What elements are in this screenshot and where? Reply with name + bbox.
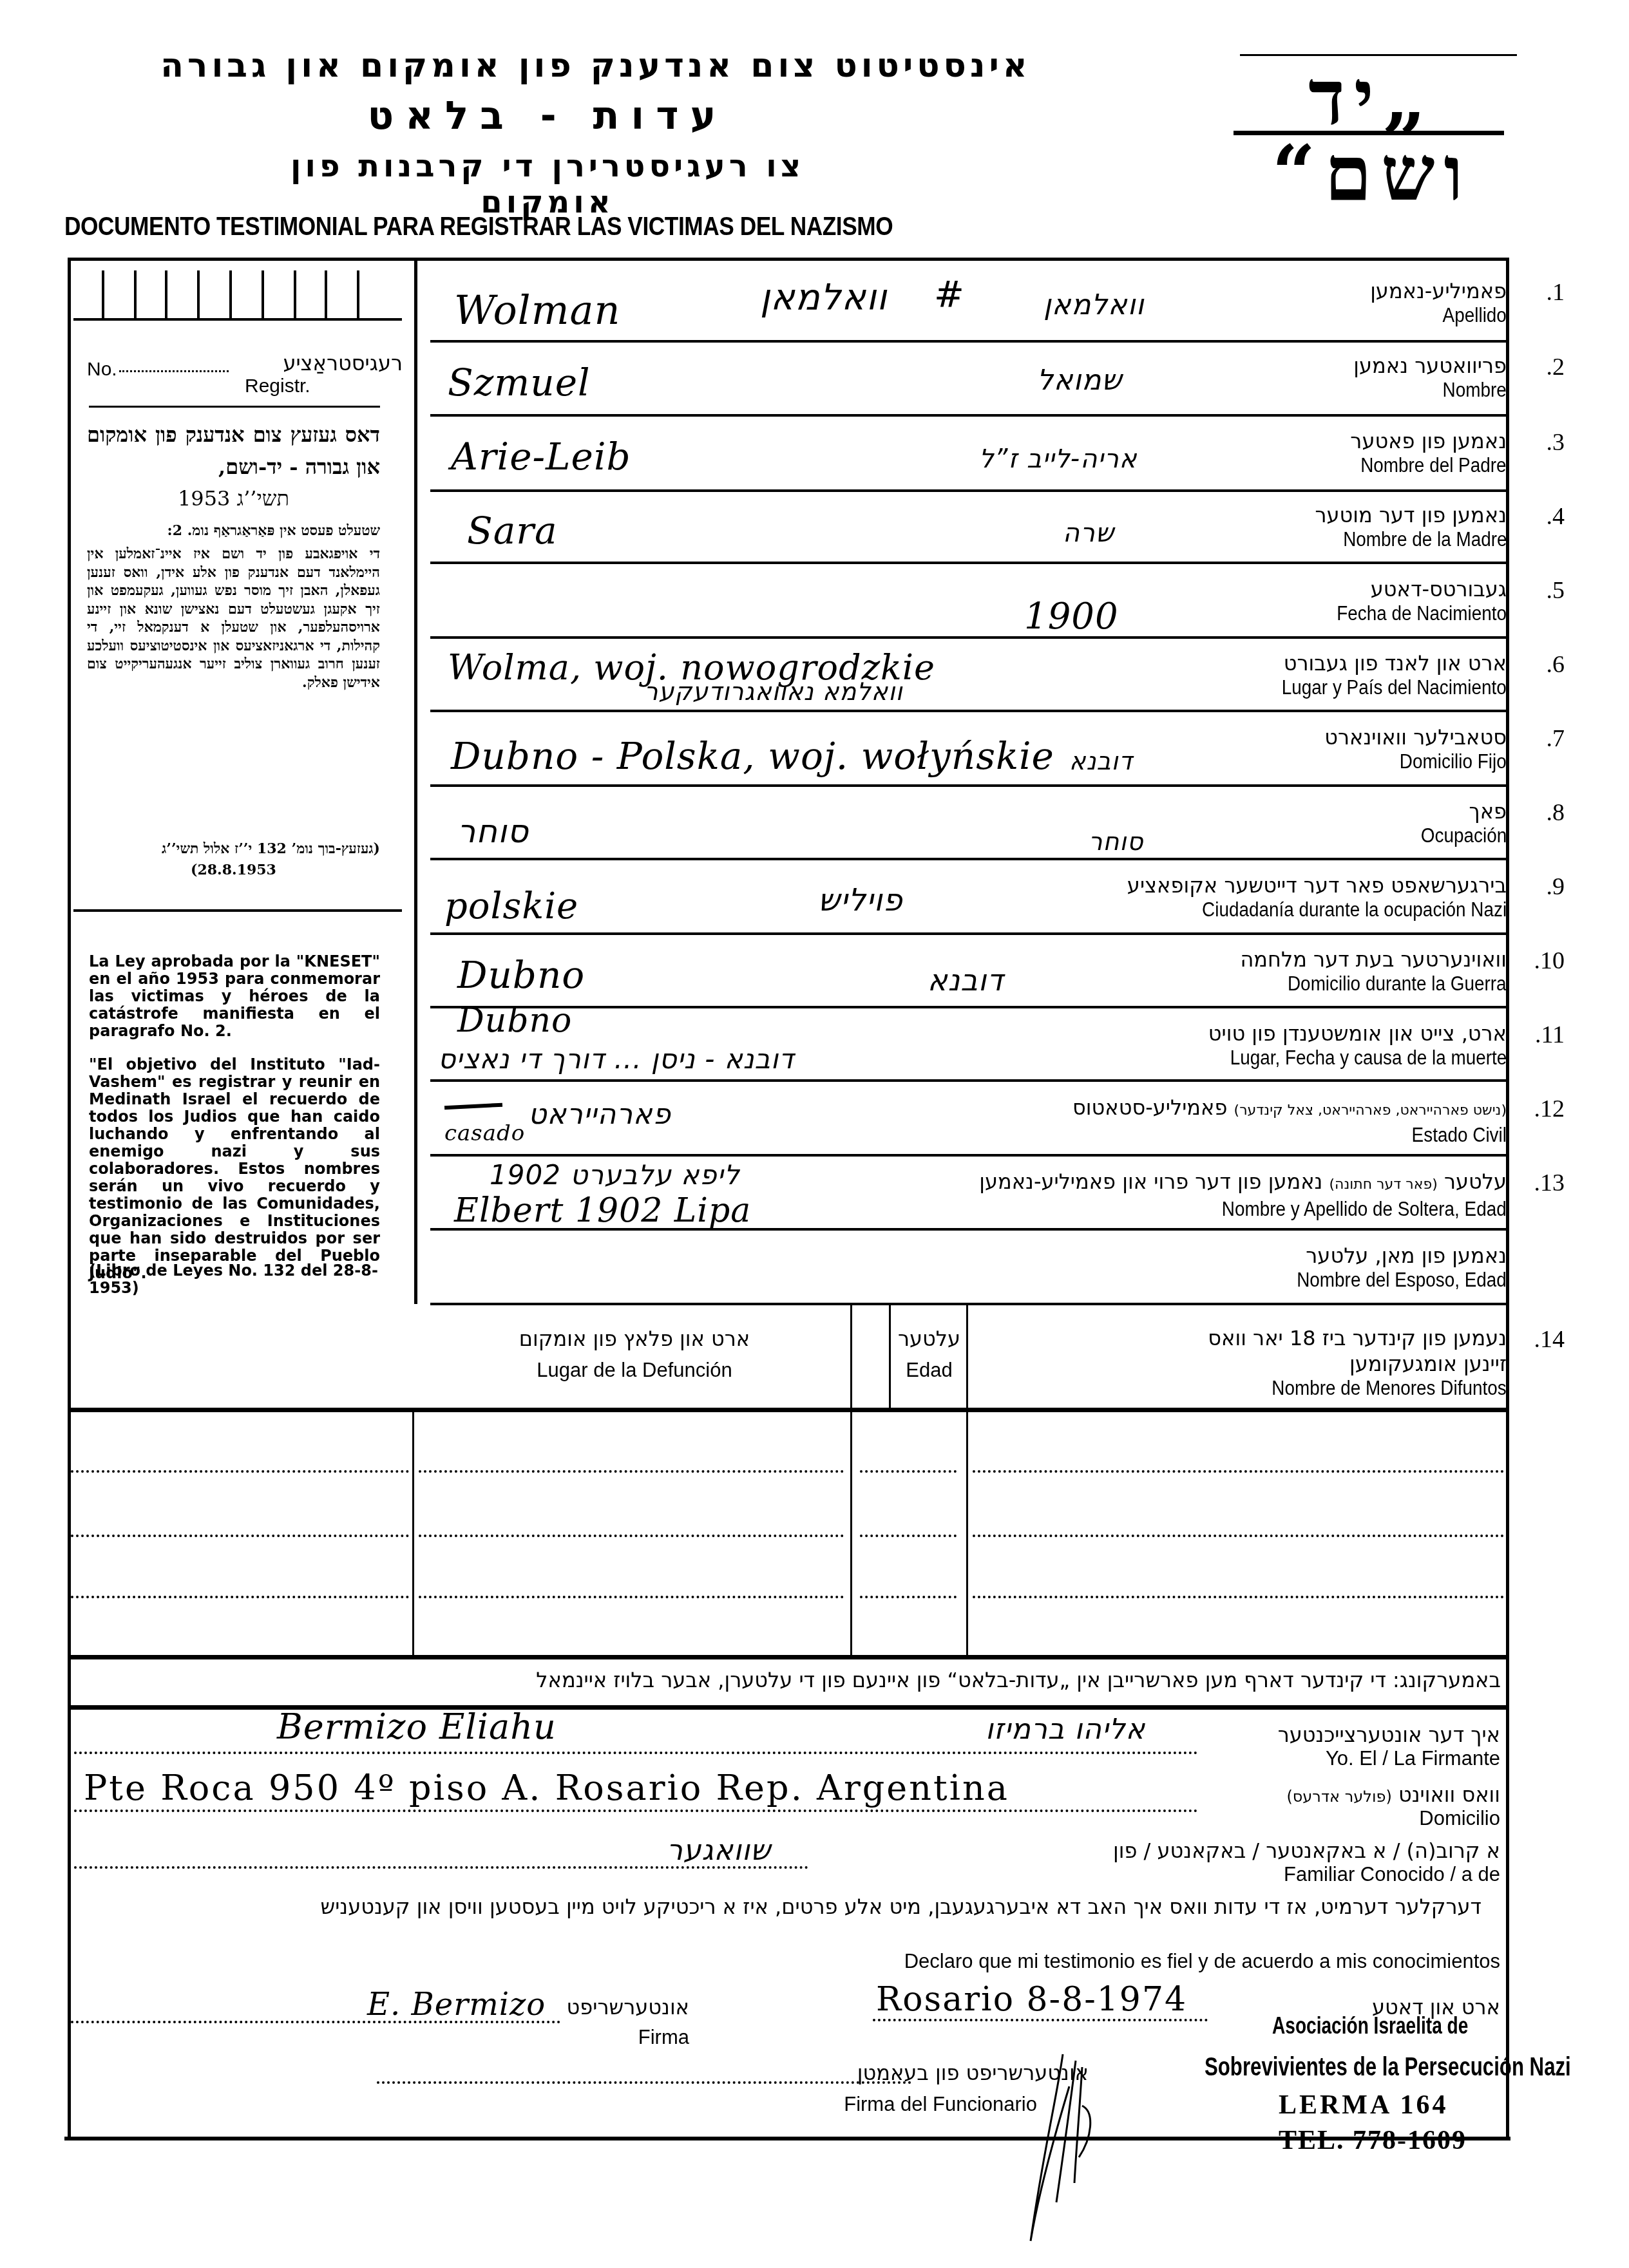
reg-box-divider [229,270,232,319]
registration-label-es: Registr. [245,375,310,397]
stamp-phone: TEL. 778-1609 [1279,2125,1467,2156]
official-signature-scrawl [1018,2048,1121,2254]
row-rule [430,710,1507,712]
field-label-nombre-padre: נאמען פון פאטער Nombre del Padre [1344,428,1507,477]
field-label-causa-muerte: ארט, צייט און אומשטענדן פון טויט Lugar, … [1199,1021,1507,1070]
field-label-es: Ciudadanía durante la ocupación Nazi [1165,898,1507,921]
frame-top [68,258,1509,261]
field-label-yi: פריוואטער נאמען [1353,353,1507,379]
row-dots-age [860,1596,957,1598]
field-value-apellido-yi-alt[interactable]: וואלמאן [1043,288,1145,321]
law-yiddish-citation-date: (28.8.1953 [87,862,380,878]
header-institute-name: אינסטיטוט צום אנדענק פון אומקום און גבור… [129,46,1063,85]
field-label-es: Domicilio durante la Guerra [1267,972,1507,996]
yad-vashem-logo: „יד ושם“ [1198,59,1546,211]
declarant-name-value[interactable]: Bermizo Eliahu [277,1706,557,1747]
field-value-nombre-esposo[interactable] [451,1249,1031,1288]
row-rule [430,562,1507,564]
stamp-line-1: Asociación Israelita de [1272,2012,1468,2039]
field-label-domicilio-fijo: סטאבילער וואוינארט Domicilio Fijo [1324,724,1507,773]
field-value-nombre-padre[interactable]: Arie-Leib [451,435,631,478]
field-number: .10 [1519,947,1565,975]
field-label-ciudadania: בירגערשאפט פאר דער דייטשער אקופאציע Ciud… [1127,873,1507,921]
field-label-es: Lugar y País del Nacimiento [1282,676,1507,699]
frame-left [68,258,71,2138]
left-column-rule [73,909,402,912]
declarant-relation-label-yi: א קרוב(ה) / א באקאנטער / באקאנטע / פון [1113,1838,1500,1863]
field-label-lugar-nacimiento: ארט און לאנד פון געבורט Lugar y País del… [1257,650,1507,699]
field-value-ciudadania[interactable]: polskie [444,885,578,927]
field-label-estado-civil: (נישט פארהייראט, פארהייראט, צאל קינדער) … [1072,1095,1507,1147]
logo-top-rule [1240,54,1517,56]
declarant-relation-label-es: Familiar Conocido / a de [1113,1863,1500,1886]
row-rule [430,932,1507,935]
declarant-address-label-es: Domicilio [1286,1807,1500,1830]
field-label-domicilio-guerra: וואוינערטער בעת דער מלחמה Domicilio dura… [1240,947,1507,996]
field-number: .8 [1519,799,1565,827]
table-header-place-es: Lugar de la Defunción [419,1359,850,1382]
registration-rule [89,406,380,408]
header-form-subtitle: צו רעגיסטרירן די קרבנות פון אומקום [225,148,870,220]
field-number: .11 [1519,1021,1565,1049]
declaration-spanish: Declaro que mi testimonio es fiel y de a… [904,1950,1500,1973]
declarant-name-label-yi: איך דער אונטערצייכנטער [1278,1723,1500,1747]
field-label-yi: נאמען פון מאן, עלטער [1273,1243,1507,1269]
reg-box-divider [102,270,104,319]
row-dots-name [973,1596,1504,1598]
row-dots-name [973,1535,1504,1537]
field-label-yi: ארט און לאנד פון געבורט [1257,650,1507,676]
table-header-name: נעמען פון קינדער ביז 18 יאר וואס זיינען … [1208,1325,1507,1400]
stamp-line-2: Sobrevivientes de la Persecución Nazi [1205,2053,1571,2082]
declarant-address-value[interactable]: Pte Roca 950 4º piso A. Rosario Rep. Arg… [84,1768,1009,1808]
field-value-nombre[interactable]: Szmuel [448,361,591,404]
row-dots-extra [71,1535,409,1537]
declarant-name-label-es: Yo. El / La Firmante [1278,1747,1500,1770]
strikethrough-mark [444,1103,502,1110]
reg-box-divider [262,270,264,319]
law-yiddish-heading: דאס געזעץ צום אנדענק פון אומקום און גבור… [87,419,380,483]
field-label-fecha-nacimiento: געבורטס-דאטע Fecha de Nacimiento [1318,576,1507,625]
row-rule [430,1006,1507,1008]
place-date-value[interactable]: Rosario 8-8-1974 [876,1980,1187,2019]
field-value-lugar-nacimiento-yi[interactable]: וואלמא נאוואגרודעקער [644,677,903,706]
reg-box-divider [357,270,359,319]
field-value-ocupacion[interactable]: סוחר [457,813,529,850]
field-label-yi: נעמען פון קינדער ביז 18 יאר וואס [1208,1325,1507,1351]
law-spanish-citation: (Libro de Leyes No. 132 del 28-8-1953) [89,1262,380,1297]
row-rule [430,340,1507,343]
field-label-apellido: פאמיליע-נאמען Apellido [1370,278,1507,327]
field-label-yi-2: זיינען אומגעקומען [1208,1351,1507,1377]
field-value-domicilio-guerra[interactable]: Dubno [457,953,585,997]
field-label-yi: פאך [1411,799,1507,824]
declarant-address-label: וואס וואוינט (פולער אדרעס) Domicilio [1286,1782,1500,1830]
address-label-yi-note: (פולער אדרעס) [1286,1788,1391,1806]
field-number: .9 [1519,873,1565,901]
table-header-place-yi: ארט און פלאץ פון אומקום [419,1327,850,1351]
row-rule [430,858,1507,860]
signature-value[interactable]: E. Bermizo [367,1987,546,2023]
field-label-es: Apellido [1384,304,1507,327]
row-dots-place [419,1470,844,1473]
row-dots-age [860,1470,957,1473]
table-header-rule [68,1408,1509,1412]
address-label-yi-main: וואס וואוינט [1398,1782,1500,1807]
field-label-yi: עלטער (פאר דער חתונה) נאמען פון דער פרוי… [979,1169,1507,1198]
field-value-fecha-nacimiento[interactable]: 1900 [1024,596,1119,638]
field-label-es: Estado Civil [1116,1124,1507,1147]
field-number: .12 [1519,1095,1565,1123]
field-number: .2 [1519,353,1565,381]
field-value-estado-civil-yi[interactable]: פארהייראט [528,1098,671,1131]
children-note: באמערקונג: די קינדער דארף מען פארשרייבן … [97,1668,1501,1692]
place-date-line [873,2019,1208,2021]
field-value-nombre-padre-yi[interactable]: אריה-לייב ז”ל [979,444,1138,474]
field-label-es: Nombre y Apellido de Soltera, Edad [1032,1198,1507,1221]
law-yiddish-paragraph-ref: שטעלט פעסט אין פּאַראַגראַף נומ. 2: [87,522,380,540]
signature-label-es: Firma [560,2026,689,2049]
declarant-name-label: איך דער אונטערצייכנטער Yo. El / La Firma… [1278,1723,1500,1770]
official-signature-line [377,2081,911,2084]
field-label-yi: סטאבילער וואוינארט [1324,724,1507,750]
row-dots-name [973,1470,1504,1473]
law-spanish-body: "El objetivo del Instituto "Iad-Vashem" … [89,1056,380,1282]
field-label-ocupacion: פאך Ocupación [1411,799,1507,847]
field-label-yi: וואוינערטער בעת דער מלחמה [1240,947,1507,972]
row-rule [430,1079,1507,1082]
field-label-yi-note: (נישט פארהייראט, פארהייראט, צאל קינדער) [1234,1102,1507,1119]
field-value-nombre-madre-yi[interactable]: שרה [1063,518,1114,548]
header-form-title: עדות - בלאט [290,93,805,138]
field-label-nombre-madre: נאמען פון דער מוטער Nombre de la Madre [1315,502,1507,551]
field-number: .3 [1519,428,1565,457]
left-column-divider [414,258,417,1304]
table-col-divider [889,1305,891,1408]
field-label-yi: ארט, צייט און אומשטענדן פון טויט [1199,1021,1507,1046]
row-rule [430,489,1507,492]
field-label-es: Lugar, Fecha y causa de la muerte [1230,1046,1507,1070]
table-col-divider [966,1412,968,1657]
field-number: .5 [1519,576,1565,605]
field-value-nombre-soltera[interactable]: Elbert 1902 Lipa [454,1191,751,1230]
field-label-nombre: פריוואטער נאמען Nombre [1353,353,1507,402]
declarant-address-line [74,1810,1198,1812]
reg-box-divider [197,270,200,319]
declarant-relation-value[interactable]: שוואגער [667,1834,771,1867]
field-label-yi: געבורטס-דאטע [1318,576,1507,602]
header-spanish-title: DOCUMENTO TESTIMONIAL PARA REGISTRAR LAS… [64,211,893,241]
reg-box-divider [294,270,296,319]
field-value-apellido-mark: # [934,274,965,316]
field-label-es: Domicilio Fijo [1343,750,1507,773]
table-col-divider [412,1412,414,1657]
field-label-es: Nombre de Menores Difuntos [1238,1377,1507,1400]
field-label-yi: בירגערשאפט פאר דער דייטשער אקופאציע [1127,873,1507,898]
reg-box-divider [165,270,167,319]
field-label-es: Ocupación [1421,824,1507,847]
row-dots-extra [71,1596,409,1598]
field-label-yi-main: נאמען פון דער פרוי און פאמיליע-נאמען [979,1169,1322,1194]
reg-box-divider [134,270,137,319]
table-header-age: עלטער Edad [892,1327,966,1382]
registration-label-yi: רעגיסטראַציע [283,351,403,375]
field-value-nombre-madre[interactable]: Sara [467,509,558,553]
field-number: .13 [1519,1169,1565,1197]
row-dots-age [860,1535,957,1537]
field-value-apellido-yi[interactable]: וואלמאן [760,277,888,319]
row-rule [430,1303,1507,1305]
registration-boxes-bottom [73,318,402,321]
registration-no-label: No. [87,359,117,381]
table-bottom-rule [68,1655,1509,1659]
stamp-address: LERMA 164 [1279,2090,1449,2121]
field-value-apellido[interactable]: Wolman [454,287,620,334]
row-rule [430,414,1507,417]
declarant-name-value-yi[interactable]: אליהו ברמיזו [986,1713,1145,1746]
field-value-domicilio-fijo[interactable]: Dubno - Polska, woj. wołyńskie [451,734,1054,778]
signature-label-yi: אונטערשריפט [560,1995,689,2019]
field-number: .6 [1519,650,1565,679]
declarant-address-label-yi: וואס וואוינט (פולער אדרעס) [1286,1782,1500,1807]
field-label-es: Nombre [1369,379,1507,402]
field-number: .1 [1519,278,1565,307]
law-yiddish-body: די אויפגאבע פון יד ושם איז איינ־זאמלען א… [87,545,380,692]
field-value-estado-civil[interactable]: casado [444,1120,525,1146]
field-label-yi: נאמען פון פאטער [1344,428,1507,454]
law-yiddish-citation: (געזעץ-בוך נומ’ 132 י’’ז אלול תשי’’ג [87,840,380,857]
logo-bottom-rule [1234,131,1504,135]
field-label-yi-note: (פאר דער חתונה) [1329,1177,1438,1193]
row-rule [430,636,1507,639]
field-label-yi: (נישט פארהייראט, פארהייראט, צאל קינדער) … [1072,1095,1507,1124]
row-dots-extra [71,1470,409,1473]
row-rule [430,1154,1507,1157]
field-number: .14 [1519,1325,1565,1354]
table-header-age-yi: עלטער [892,1327,966,1351]
field-label-yi: נאמען פון דער מוטער [1315,502,1507,528]
field-value-nombre-yi[interactable]: שמואל [1037,364,1122,397]
row-dots-place [419,1535,844,1537]
reg-box-divider [325,270,327,319]
table-header-age-es: Edad [892,1359,966,1382]
registration-dots [119,370,229,372]
field-value-nombre-soltera-yi[interactable]: ליפא עלבערט 1902 [490,1159,740,1191]
field-label-es: Fecha de Nacimiento [1337,602,1507,625]
field-value-causa-muerte-yi[interactable]: דובנא - ניסן ... דורך די נאציס [438,1043,1018,1075]
law-spanish-intro: La Ley aprobada por la "KNESET" en el añ… [89,953,380,1040]
table-col-divider [850,1412,852,1657]
registration-number-field[interactable]: No. רעגיסטראַציע Registr. [87,351,403,402]
field-label-es: Nombre de la Madre [1334,528,1507,551]
declaration-yiddish: דערקלער דערמיט, אז די עדות וואס איך האב … [77,1893,1481,1920]
row-rule [430,784,1507,787]
field-value-causa-muerte[interactable]: Dubno [457,1001,572,1040]
declarant-relation-label: א קרוב(ה) / א באקאנטער / באקאנטע / פון F… [1113,1838,1500,1886]
field-value-ciudadania-yi[interactable]: פויליש [818,882,903,918]
field-value-domicilio-guerra-yi[interactable]: דובנא [928,963,1004,997]
table-col-divider [966,1305,968,1408]
field-number: .7 [1519,724,1565,753]
field-label-yi-main: פאמיליע-סטאטוס [1072,1095,1227,1120]
table-col-divider [850,1305,852,1408]
field-value-domicilio-fijo-yi[interactable]: דובנא [1069,747,1133,775]
declarant-name-line [74,1752,1198,1754]
table-header-place: ארט און פלאץ פון אומקום Lugar de la Defu… [419,1327,850,1382]
field-label-nombre-soltera: עלטער (פאר דער חתונה) נאמען פון דער פרוי… [979,1169,1507,1221]
field-number: .4 [1519,502,1565,531]
law-yiddish-year: תשי’’ג 1953 [87,486,380,511]
field-label-nombre-esposo: נאמען פון מאן, עלטער Nombre del Esposo, … [1273,1243,1507,1292]
field-value-ocupacion-yi[interactable]: סוחר [1089,827,1143,856]
row-dots-place [419,1596,844,1598]
field-label-yi: פאמיליע-נאמען [1370,278,1507,304]
field-label-es: Nombre del Esposo, Edad [1297,1269,1507,1292]
signature-label: אונטערשריפט Firma [560,1995,689,2049]
field-label-es: Nombre del Padre [1361,454,1507,477]
field-label-yi-suffix: עלטער [1444,1169,1507,1194]
